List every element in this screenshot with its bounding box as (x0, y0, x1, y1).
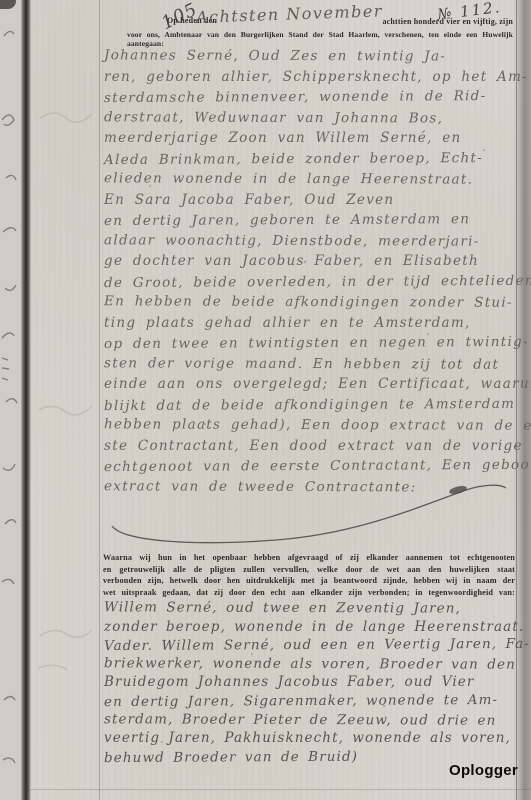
handwritten-line: meerderjarige Zoon van Willem Serné, en (104, 128, 514, 149)
handwritten-line: Johannes Serné, Oud Zes en twintig Ja- (104, 45, 514, 67)
handwritten-line: ste Contractant, Een dood extract van de… (104, 436, 514, 457)
printed-header-year: achttien honderd vier en vijftig, zijn (344, 17, 513, 26)
margin-rule-line (99, 0, 100, 800)
handwritten-date: Achtsten November (196, 2, 357, 27)
handwritten-line: En Sara Jacoba Faber, Oud Zeven (104, 190, 514, 211)
handwritten-line: hebben plaats gehad), Een doop extract v… (104, 414, 514, 436)
printed-vow-line: verbonden zijn, hetwelk door hen uitdruk… (103, 575, 515, 587)
handwritten-line: elieden wonende in de lange Heerenstraat… (104, 168, 514, 190)
handwritten-line: briekwerker, wonende als voren, Broeder … (104, 654, 516, 674)
handwritten-line: de Groot, beide overleden, in der tijd e… (104, 270, 514, 293)
handwritten-line: sterdamsche binnenveer, wonende in de Ri… (104, 86, 514, 109)
handwritten-line: op den twee en twintigsten en negen en t… (104, 332, 514, 355)
handwritten-line: en dertig Jaren, geboren te Amsterdam en (104, 209, 514, 232)
scanned-marriage-record-page: 105 № 112. Op heden den Achtsten Novembe… (0, 0, 531, 800)
printed-vow-line: wet uitspraak gedaan, dat zij door den e… (103, 587, 515, 599)
handwritten-line: Aleda Brinkman, beide zonder beroep, Ech… (104, 147, 514, 170)
handwritten-line: sten der vorige maand. En hebben zij tot… (104, 353, 514, 375)
handwritten-line: sterdam, Broeder Pieter de Zeeuw, oud dr… (104, 710, 516, 730)
printed-vow-line: Waarna wij hun in het openbaar hebben af… (103, 552, 515, 564)
handwritten-witnesses: Willem Serné, oud twee en Zeventig Jaren… (104, 599, 516, 766)
paper-crease (30, 789, 531, 790)
handwritten-line: ge dochter van Jacobus Faber, en Elisabe… (104, 251, 514, 272)
handwritten-line: Willem Serné, oud twee en Zeventig Jaren… (104, 598, 516, 618)
oplogger-watermark: Oplogger (449, 762, 518, 779)
handwritten-line: ting plaats gehad alhier en te Amsterdam… (104, 313, 514, 334)
handwritten-line: Bruidegom Johannes Jacobus Faber, oud Vi… (104, 673, 516, 692)
handwritten-line: einde aan ons overgelegd; Een Certificaa… (104, 374, 514, 395)
handwritten-line: blijkt dat de beide afkondigingen te Ams… (104, 393, 514, 416)
printed-vow-paragraph: Waarna wij hun in het openbaar hebben af… (103, 552, 515, 598)
handwritten-line: zonder beroep, wonende in de lange Heere… (104, 618, 516, 637)
ink-flourish (106, 480, 512, 550)
printed-vow-line: en getrouwelijk alle de pligten zullen v… (103, 564, 515, 576)
handwritten-line: Vader. Willem Serné, oud een en Veertig … (104, 635, 516, 656)
handwritten-line: echtgenoot van de eerste Contractant, Ee… (104, 455, 514, 478)
book-gutter-shadow (21, 0, 31, 800)
handwritten-line: aldaar woonachtig, Dienstbode, meerderja… (104, 230, 514, 252)
handwritten-line: veertig Jaren, Pakhuisknecht, wonende al… (104, 729, 516, 748)
adjacent-page-sliver (0, 0, 22, 800)
handwritten-line: derstraat, Weduwnaar van Johanna Bos, (104, 107, 514, 129)
handwritten-body: Johannes Serné, Oud Zes en twintig Ja-re… (104, 46, 514, 497)
handwritten-line: ren, geboren alhier, Schippersknecht, op… (104, 67, 514, 88)
handwritten-line: En hebben de beide afkondigingen zonder … (104, 291, 514, 313)
handwritten-line: en dertig Jaren, Sigarenmaker, wonende t… (104, 691, 516, 712)
